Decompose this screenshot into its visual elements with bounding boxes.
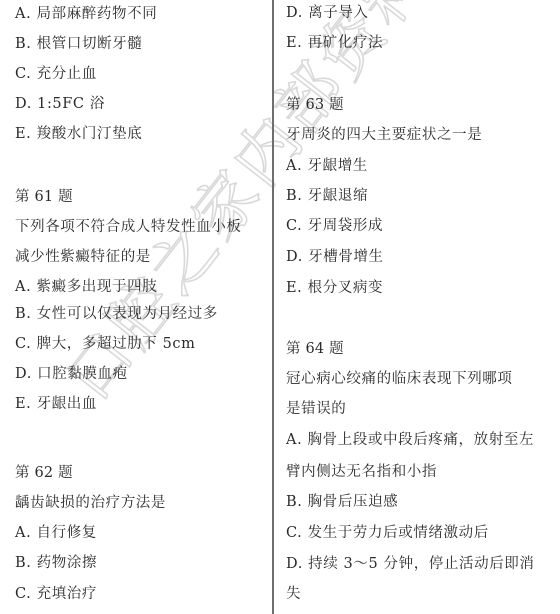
text-line: B. 牙龈退缩 — [286, 187, 368, 205]
text-line: E. 根分叉病变 — [286, 279, 383, 297]
text-line: 龋齿缺损的治疗方法是 — [15, 494, 166, 512]
text-line: C. 发生于劳力后或情绪激动后 — [286, 524, 489, 542]
text-line: A. 局部麻醉药物不同 — [15, 5, 157, 23]
text-line: A. 自行修复 — [15, 524, 97, 542]
text-line: C. 充分止血 — [15, 65, 97, 83]
text-line: 减少性紫癜特征的是 — [15, 248, 151, 266]
text-line: D. 持续 3～5 分钟，停止活动后即消 — [286, 555, 535, 573]
text-line: 是错误的 — [286, 400, 346, 418]
text-line: E. 再矿化疗法 — [286, 34, 383, 52]
text-line: A. 牙龈增生 — [286, 157, 368, 175]
text-line: 下列各项不符合成人特发性血小板 — [15, 218, 242, 236]
text-line: D. 牙槽骨增生 — [286, 248, 384, 266]
right-column: D. 离子导入E. 再矿化疗法第 63 题牙周炎的四大主要症状之一是A. 牙龈增… — [273, 0, 560, 614]
text-line: B. 胸骨后压迫感 — [286, 493, 398, 511]
text-line: B. 根管口切断牙髓 — [15, 35, 142, 53]
text-line: 牙周炎的四大主要症状之一是 — [286, 126, 482, 144]
text-line: D. 1:5FC 浴 — [15, 95, 105, 113]
question-heading: 第 62 题 — [15, 464, 73, 482]
text-line: B. 女性可以仅表现为月经过多 — [15, 305, 218, 323]
text-line: E. 牙龈出血 — [15, 395, 97, 413]
text-line: E. 羧酸水门汀垫底 — [15, 125, 142, 143]
text-line: C. 牙周袋形成 — [286, 217, 383, 235]
text-line: D. 口腔黏膜血疱 — [15, 365, 128, 383]
text-line: A. 胸骨上段或中段后疼痛，放射至左 — [286, 431, 534, 449]
question-heading: 第 61 题 — [15, 188, 73, 206]
left-column: A. 局部麻醉药物不同B. 根管口切断牙髓C. 充分止血D. 1:5FC 浴E.… — [0, 0, 272, 614]
text-line: 冠心病心绞痛的临床表现下列哪项 — [286, 370, 513, 388]
question-heading: 第 63 题 — [286, 96, 344, 114]
question-heading: 第 64 题 — [286, 340, 344, 358]
text-line: A. 紫癜多出现于四肢 — [15, 278, 157, 296]
text-line: D. 离子导入 — [286, 4, 369, 22]
text-line: 臂内侧达无名指和小指 — [286, 463, 437, 481]
text-line: 失 — [286, 585, 301, 603]
text-line: B. 药物涂擦 — [15, 554, 97, 572]
text-line: C. 充填治疗 — [15, 585, 97, 603]
text-line: C. 脾大，多超过肋下 5cm — [15, 335, 196, 353]
